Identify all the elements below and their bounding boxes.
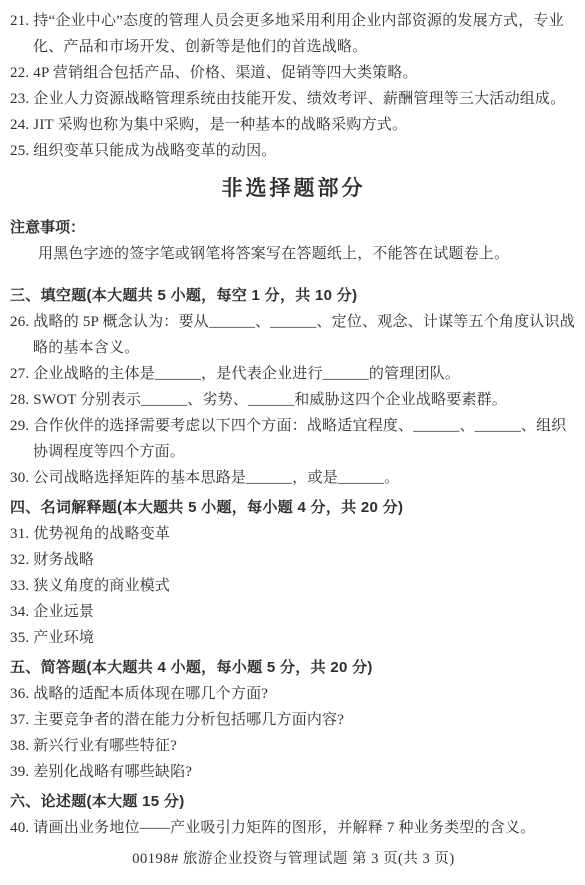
short-answer-question-39: 39. 差别化战略有哪些缺陷? [10, 759, 577, 785]
terms-question-list: 31. 优势视角的战略变革 32. 财务战略 33. 狭义角度的商业模式 34.… [10, 521, 577, 651]
fill-blank-question-28: 28. SWOT 分别表示______、劣势、______和威胁这四个企业战略要… [10, 387, 577, 413]
essay-question-40: 40. 请画出业务地位——产业吸引力矩阵的图形，并解释 7 种业务类型的含义。 [10, 815, 577, 841]
judgement-question-list: 21. 持“企业中心”态度的管理人员会更多地采用利用企业内部资源的发展方式，专业… [10, 8, 577, 164]
section-heading-terms: 四、名词解释题(本大题共 5 小题，每小题 4 分，共 20 分) [10, 495, 577, 521]
fill-blank-question-26: 26. 战略的 5P 概念认为：要从______、______、定位、观念、计谋… [10, 309, 577, 361]
fill-blank-question-29: 29. 合作伙伴的选择需要考虑以下四个方面：战略适宜程度、______、____… [10, 413, 577, 465]
page-footer: 00198# 旅游企业投资与管理试题 第 3 页(共 3 页) [10, 849, 577, 875]
section-heading-fill-blank: 三、填空题(本大题共 5 小题，每空 1 分，共 10 分) [10, 283, 577, 309]
page-title: 非选择题部分 [10, 177, 577, 201]
section-heading-short-answer: 五、简答题(本大题共 4 小题，每小题 5 分，共 20 分) [10, 655, 577, 681]
fill-blank-question-list: 26. 战略的 5P 概念认为：要从______、______、定位、观念、计谋… [10, 309, 577, 491]
judgement-question-24: 24. JIT 采购也称为集中采购，是一种基本的战略采购方式。 [10, 112, 577, 138]
short-answer-question-36: 36. 战略的适配本质体现在哪几个方面? [10, 681, 577, 707]
judgement-question-23: 23. 企业人力资源战略管理系统由技能开发、绩效考评、薪酬管理等三大活动组成。 [10, 86, 577, 112]
essay-question-list: 40. 请画出业务地位——产业吸引力矩阵的图形，并解释 7 种业务类型的含义。 [10, 815, 577, 841]
terms-question-32: 32. 财务战略 [10, 547, 577, 573]
terms-question-31: 31. 优势视角的战略变革 [10, 521, 577, 547]
fill-blank-question-27: 27. 企业战略的主体是______，是代表企业进行______的管理团队。 [10, 361, 577, 387]
short-answer-question-list: 36. 战略的适配本质体现在哪几个方面? 37. 主要竞争者的潜在能力分析包括哪… [10, 681, 577, 785]
judgement-question-22: 22. 4P 营销组合包括产品、价格、渠道、促销等四大类策略。 [10, 60, 577, 86]
terms-question-34: 34. 企业远景 [10, 599, 577, 625]
section-heading-essay: 六、论述题(本大题 15 分) [10, 789, 577, 815]
terms-question-35: 35. 产业环境 [10, 625, 577, 651]
judgement-question-25: 25. 组织变革只能成为战略变革的动因。 [10, 138, 577, 164]
judgement-question-21: 21. 持“企业中心”态度的管理人员会更多地采用利用企业内部资源的发展方式，专业… [10, 8, 577, 60]
notice-label: 注意事项： [10, 215, 577, 241]
terms-question-33: 33. 狭义角度的商业模式 [10, 573, 577, 599]
short-answer-question-38: 38. 新兴行业有哪些特征? [10, 733, 577, 759]
notice-text: 用黑色字迹的签字笔或钢笔将答案写在答题纸上，不能答在试题卷上。 [10, 241, 577, 267]
fill-blank-question-30: 30. 公司战略选择矩阵的基本思路是______，或是______。 [10, 465, 577, 491]
short-answer-question-37: 37. 主要竞争者的潜在能力分析包括哪几方面内容? [10, 707, 577, 733]
exam-paper-page: 21. 持“企业中心”态度的管理人员会更多地采用利用企业内部资源的发展方式，专业… [0, 0, 585, 885]
